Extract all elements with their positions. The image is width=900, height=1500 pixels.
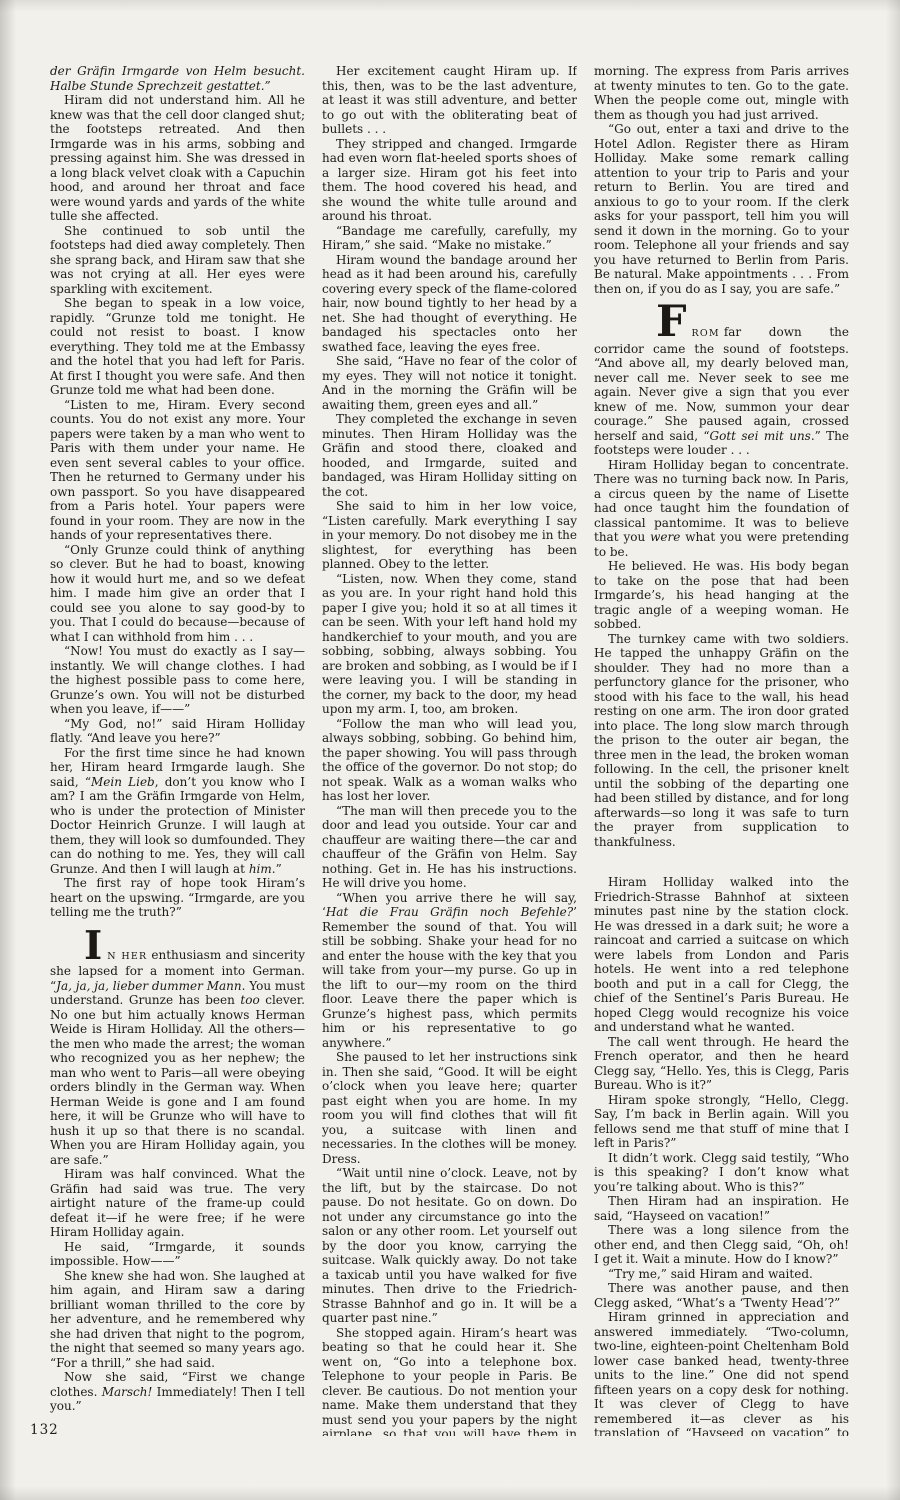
paragraph: Hiram did not understand him. All he kne… bbox=[50, 93, 305, 224]
paragraph-text: Hiram Holliday walked into the Friedrich… bbox=[594, 875, 849, 1034]
paragraph: Hiram spoke strongly, “Hello, Clegg. Say… bbox=[594, 1093, 849, 1151]
paragraph: IN HERenthusiasm and sincerity she lapse… bbox=[50, 946, 305, 1168]
column-3: morning. The express from Paris arrives … bbox=[594, 64, 849, 1436]
paragraph-text: She said to him in her low voice, “Liste… bbox=[322, 499, 577, 571]
paragraph-text: “When you arrive there he will say, ‘Hat… bbox=[322, 891, 577, 1050]
paragraph-text: Then Hiram had an inspiration. He said, … bbox=[594, 1194, 849, 1223]
paragraph-text: He said, “Irmgarde, it sounds impossible… bbox=[50, 1240, 305, 1269]
paragraph: “Now! You must do exactly as I say—insta… bbox=[50, 644, 305, 717]
paragraph-text: Hiram Holliday began to concentrate. The… bbox=[594, 458, 849, 559]
paragraph: There was a long silence from the other … bbox=[594, 1223, 849, 1267]
paragraph-text: “Listen to me, Hiram. Every second count… bbox=[50, 398, 305, 543]
paragraph: She said to him in her low voice, “Liste… bbox=[322, 499, 577, 572]
paragraph: morning. The express from Paris arrives … bbox=[594, 64, 849, 122]
paragraph-text: She said, “Have no fear of the color of … bbox=[322, 354, 577, 412]
paragraph: Hiram Holliday walked into the Friedrich… bbox=[594, 875, 849, 1035]
paragraph-text: For the first time since he had known he… bbox=[50, 746, 305, 876]
paragraph: “Go out, enter a taxi and drive to the H… bbox=[594, 122, 849, 296]
paragraph-text: morning. The express from Paris arrives … bbox=[594, 64, 849, 122]
paragraph: “When you arrive there he will say, ‘Hat… bbox=[322, 891, 577, 1051]
paragraph: The first ray of hope took Hiram’s heart… bbox=[50, 876, 305, 920]
paragraph-text: They stripped and changed. Irmgarde had … bbox=[322, 137, 577, 224]
column-1: der Gräfin Irmgarde von Helm besucht. Ha… bbox=[50, 64, 305, 1436]
paragraph-text: He believed. He was. His body began to t… bbox=[594, 559, 849, 631]
paragraph: She said, “Have no fear of the color of … bbox=[322, 354, 577, 412]
drop-cap: F bbox=[656, 297, 687, 347]
page-number: 132 bbox=[30, 1422, 59, 1438]
paragraph-text: “My God, no!” said Hiram Holliday flatly… bbox=[50, 717, 305, 746]
paragraph-text: Hiram wound the bandage around her head … bbox=[322, 253, 577, 354]
paragraph-text: They completed the exchange in seven min… bbox=[322, 412, 577, 499]
paragraph-text: The call went through. He heard the Fren… bbox=[594, 1035, 849, 1093]
paragraph-text: Hiram grinned in appreciation and answer… bbox=[594, 1310, 849, 1436]
paragraph-text: Hiram was half convinced. What the Gräfi… bbox=[50, 1167, 305, 1239]
paragraph: Hiram was half convinced. What the Gräfi… bbox=[50, 1167, 305, 1240]
paragraph-text: There was another pause, and then Clegg … bbox=[594, 1281, 849, 1310]
paragraph: She knew she had won. She laughed at him… bbox=[50, 1269, 305, 1371]
paragraph-text: “Only Grunze could think of anything so … bbox=[50, 543, 305, 644]
paragraph: Hiram wound the bandage around her head … bbox=[322, 253, 577, 355]
paragraph-text: “Bandage me carefully, carefully, my Hir… bbox=[322, 224, 577, 253]
paragraph: They stripped and changed. Irmgarde had … bbox=[322, 137, 577, 224]
paragraph-text: She paused to let her instructions sink … bbox=[322, 1050, 577, 1166]
small-caps-word: ROM bbox=[692, 328, 720, 339]
paragraph: “Listen, now. When they come, stand as y… bbox=[322, 572, 577, 717]
paragraph: Her excitement caught Hiram up. If this,… bbox=[322, 64, 577, 137]
paragraph: She began to speak in a low voice, rapid… bbox=[50, 296, 305, 398]
paragraph: Now she said, “First we change clothes. … bbox=[50, 1370, 305, 1414]
paragraph-text: enthusiasm and sincerity she lapsed for … bbox=[50, 948, 305, 1167]
text-columns: der Gräfin Irmgarde von Helm besucht. Ha… bbox=[50, 64, 850, 1436]
paragraph-text: She continued to sob until the footsteps… bbox=[50, 224, 305, 296]
paragraph: “Listen to me, Hiram. Every second count… bbox=[50, 398, 305, 543]
paragraph: der Gräfin Irmgarde von Helm besucht. Ha… bbox=[50, 64, 305, 93]
paragraph: He said, “Irmgarde, it sounds impossible… bbox=[50, 1240, 305, 1269]
paragraph-text: far down the corridor came the sound of … bbox=[594, 325, 849, 457]
paragraph: “Follow the man who will lead you, alway… bbox=[322, 717, 577, 804]
paragraph: He believed. He was. His body began to t… bbox=[594, 559, 849, 632]
paragraph-text: “Listen, now. When they come, stand as y… bbox=[322, 572, 577, 717]
column-2: Her excitement caught Hiram up. If this,… bbox=[322, 64, 577, 1436]
paragraph: She paused to let her instructions sink … bbox=[322, 1050, 577, 1166]
paragraph-text: “Try me,” said Hiram and waited. bbox=[608, 1267, 813, 1281]
paragraph-text: der Gräfin Irmgarde von Helm besucht. Ha… bbox=[50, 64, 305, 93]
paragraph: “Bandage me carefully, carefully, my Hir… bbox=[322, 224, 577, 253]
paragraph-text: “Follow the man who will lead you, alway… bbox=[322, 717, 577, 804]
paragraph-text: The first ray of hope took Hiram’s heart… bbox=[50, 876, 305, 919]
paragraph: “The man will then precede you to the do… bbox=[322, 804, 577, 891]
paragraph-text: “Wait until nine o’clock. Leave, not by … bbox=[322, 1166, 577, 1325]
paragraph: “My God, no!” said Hiram Holliday flatly… bbox=[50, 717, 305, 746]
paragraph-text: Now she said, “First we change clothes. … bbox=[50, 1370, 305, 1413]
drop-cap: I bbox=[84, 923, 102, 969]
book-page: der Gräfin Irmgarde von Helm besucht. Ha… bbox=[0, 0, 900, 1500]
paragraph: For the first time since he had known he… bbox=[50, 746, 305, 877]
paragraph-text: There was a long silence from the other … bbox=[594, 1223, 849, 1266]
paragraph: The turnkey came with two soldiers. He t… bbox=[594, 632, 849, 850]
paragraph-text: “The man will then precede you to the do… bbox=[322, 804, 577, 891]
paragraph: She stopped again. Hiram’s heart was bea… bbox=[322, 1326, 577, 1437]
paragraph: FROMfar down the corridor came the sound… bbox=[594, 322, 849, 458]
small-caps-word: N HER bbox=[107, 951, 147, 962]
paragraph: The call went through. He heard the Fren… bbox=[594, 1035, 849, 1093]
paragraph: Then Hiram had an inspiration. He said, … bbox=[594, 1194, 849, 1223]
paragraph: “Wait until nine o’clock. Leave, not by … bbox=[322, 1166, 577, 1326]
paragraph-text: Hiram spoke strongly, “Hello, Clegg. Say… bbox=[594, 1093, 849, 1151]
paragraph: “Only Grunze could think of anything so … bbox=[50, 543, 305, 645]
paragraph-text: “Now! You must do exactly as I say—insta… bbox=[50, 644, 305, 716]
paragraph-text: It didn’t work. Clegg said testily, “Who… bbox=[594, 1151, 849, 1194]
paragraph: Hiram Holliday began to concentrate. The… bbox=[594, 458, 849, 560]
paragraph: They completed the exchange in seven min… bbox=[322, 412, 577, 499]
paragraph-text: “Go out, enter a taxi and drive to the H… bbox=[594, 122, 849, 296]
paragraph: “Try me,” said Hiram and waited. bbox=[594, 1267, 849, 1282]
paragraph-text: Her excitement caught Hiram up. If this,… bbox=[322, 64, 577, 136]
paragraph-text: The turnkey came with two soldiers. He t… bbox=[594, 632, 849, 849]
paragraph: Hiram grinned in appreciation and answer… bbox=[594, 1310, 849, 1436]
paragraph-text: She began to speak in a low voice, rapid… bbox=[50, 296, 305, 397]
paragraph: There was another pause, and then Clegg … bbox=[594, 1281, 849, 1310]
paragraph-text: She stopped again. Hiram’s heart was bea… bbox=[322, 1326, 577, 1437]
paragraph-text: Hiram did not understand him. All he kne… bbox=[50, 93, 305, 223]
paragraph: She continued to sob until the footsteps… bbox=[50, 224, 305, 297]
paragraph: It didn’t work. Clegg said testily, “Who… bbox=[594, 1151, 849, 1195]
paragraph-text: She knew she had won. She laughed at him… bbox=[50, 1269, 305, 1370]
